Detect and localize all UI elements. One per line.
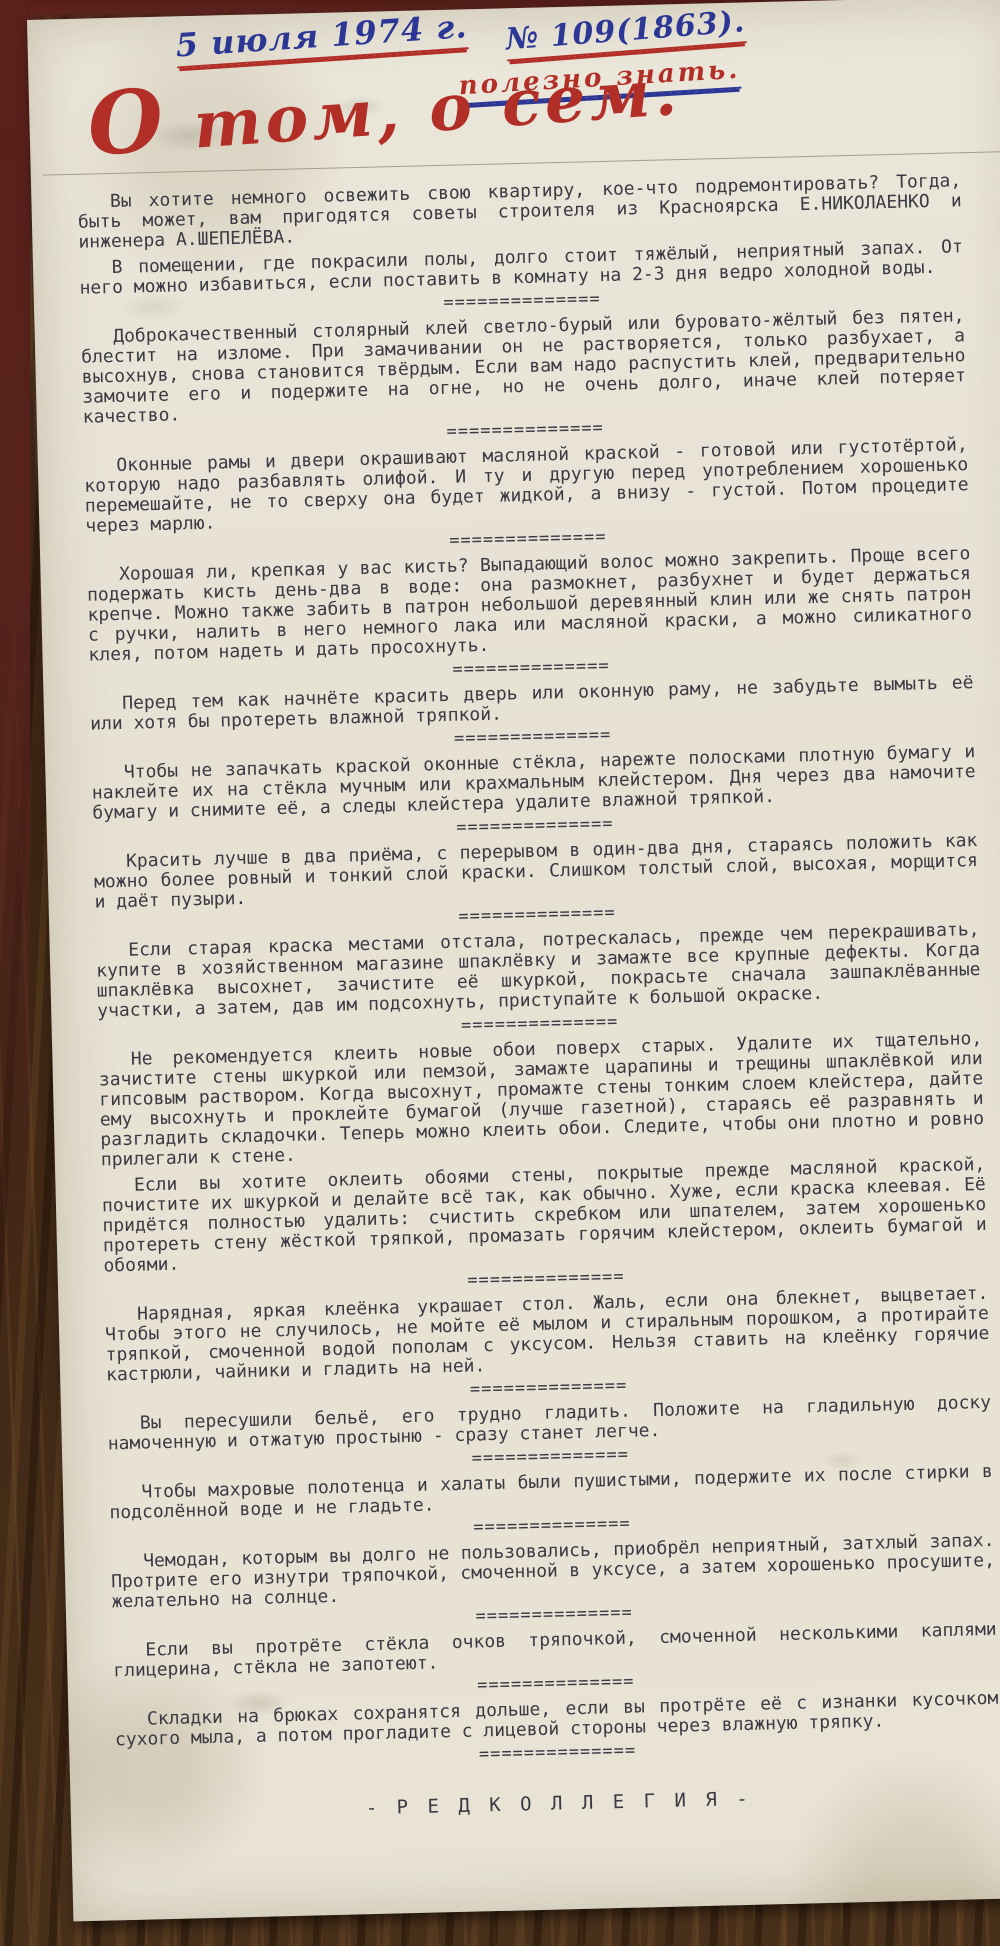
paragraph: Если вы хотите оклеить обоями стены, пок… xyxy=(101,1155,987,1277)
paragraphs: Вы хотите немного освежить свою квартиру… xyxy=(77,171,999,1773)
paragraph: Доброкачественный столярный клей светло-… xyxy=(81,306,967,428)
table-edge-left xyxy=(0,0,30,1362)
newspaper-sheet: 5 июля 1974 г. № 109(1863). полезно знат… xyxy=(27,0,1000,1921)
typewritten-body: Вы хотите немного освежить свою квартиру… xyxy=(77,165,1000,1825)
paragraph: Не рекомендуется клеить новые обои повер… xyxy=(98,1029,985,1171)
photo-of-document: { "header": { "date": "5 июля 1974 г.", … xyxy=(0,0,1000,1946)
paragraph: Хорошая ли, крепкая у вас кисть? Выпадаю… xyxy=(86,544,972,666)
editorial-board-signature: - Р Е Д К О Л Л Е Г И Я - xyxy=(117,1782,1000,1826)
